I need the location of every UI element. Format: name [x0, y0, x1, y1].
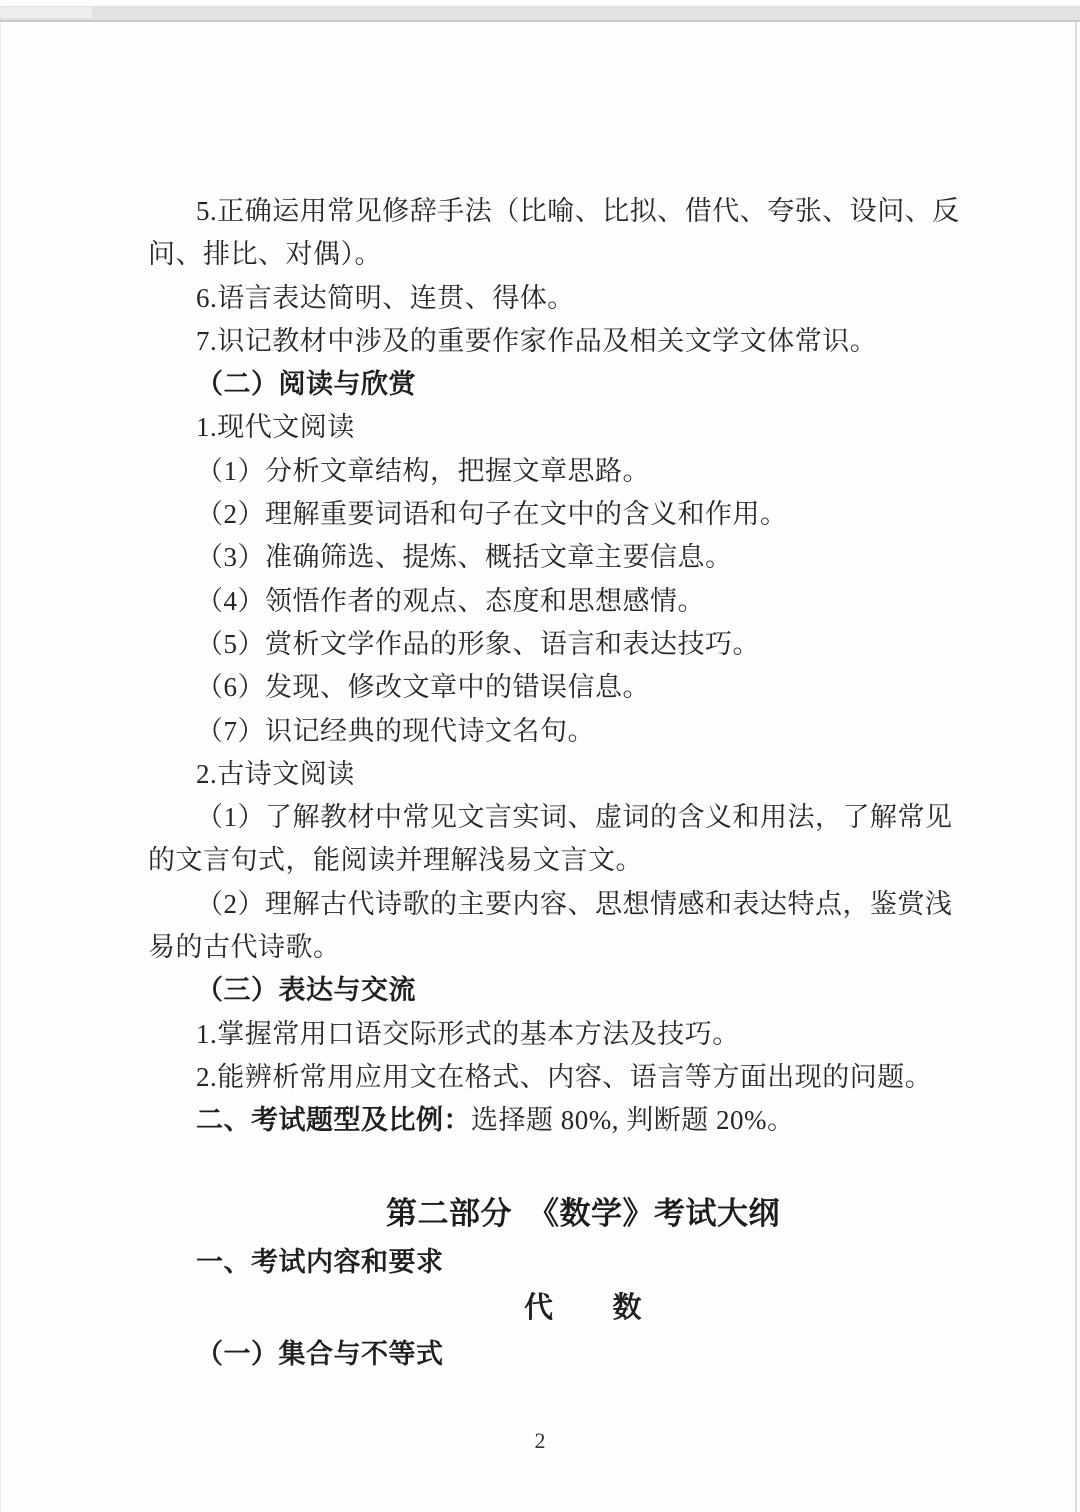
- doc-line: （1）了解教材中常见文言实词、虚词的含义和用法，了解常见: [148, 796, 1018, 839]
- doc-line: （5）赏析文学作品的形象、语言和表达技巧。: [148, 623, 1018, 666]
- doc-line: 5.正确运用常见修辞手法（比喻、比拟、借代、夸张、设问、反: [148, 190, 1018, 233]
- doc-line: （2）理解重要词语和句子在文中的含义和作用。: [148, 493, 1018, 536]
- subsection-heading-reading: （二）阅读与欣赏: [148, 363, 1018, 406]
- doc-line: （4）领悟作者的观点、态度和思想感情。: [148, 580, 1018, 623]
- doc-line: （7）识记经典的现代诗文名句。: [148, 710, 1018, 753]
- doc-line: 2.能辨析常用应用文在格式、内容、语言等方面出现的问题。: [148, 1056, 1018, 1099]
- doc-line: （6）发现、修改文章中的错误信息。: [148, 666, 1018, 709]
- scan-artifact-right-edge: [1075, 22, 1077, 1512]
- scan-artifact-left-edge: [0, 22, 1, 1512]
- doc-line: 问、排比、对偶）。: [148, 233, 1018, 276]
- subsection-heading-sets: （一）集合与不等式: [148, 1331, 1018, 1377]
- doc-line: （1）分析文章结构，把握文章思路。: [148, 450, 1018, 493]
- doc-line: 1.掌握常用口语交际形式的基本方法及技巧。: [148, 1013, 1018, 1056]
- doc-line: 的文言句式，能阅读并理解浅易文言文。: [148, 839, 1018, 882]
- doc-line: 1.现代文阅读: [148, 406, 1018, 449]
- part2-heading: 第二部分 《数学》考试大纲: [148, 1189, 1018, 1239]
- doc-line: （2）理解古代诗歌的主要内容、思想情感和表达特点，鉴赏浅: [148, 883, 1018, 926]
- scan-artifact-top-tab: [0, 7, 92, 18]
- exam-type-values: 选择题 80%, 判断题 20%。: [471, 1105, 794, 1135]
- algebra-heading: 代 数: [148, 1285, 1018, 1331]
- subsection-heading-expression: （三）表达与交流: [148, 969, 1018, 1012]
- doc-line: 7.识记教材中涉及的重要作家作品及相关文学文体常识。: [148, 320, 1018, 363]
- exam-type-line: 二、考试题型及比例：选择题 80%, 判断题 20%。: [148, 1099, 1018, 1142]
- doc-line: 6.语言表达简明、连贯、得体。: [148, 277, 1018, 320]
- exam-type-label: 二、考试题型及比例：: [196, 1105, 471, 1135]
- section-heading-exam-content: 一、考试内容和要求: [148, 1239, 1018, 1285]
- scan-artifact-top-strip: [0, 6, 1080, 22]
- scanned-document-page: 5.正确运用常见修辞手法（比喻、比拟、借代、夸张、设问、反 问、排比、对偶）。 …: [0, 0, 1080, 1512]
- doc-line: （3）准确筛选、提炼、概括文章主要信息。: [148, 536, 1018, 579]
- page-number: 2: [0, 1428, 1080, 1454]
- doc-line: 易的古代诗歌。: [148, 926, 1018, 969]
- doc-line: 2.古诗文阅读: [148, 753, 1018, 796]
- document-body: 5.正确运用常见修辞手法（比喻、比拟、借代、夸张、设问、反 问、排比、对偶）。 …: [148, 190, 1018, 1377]
